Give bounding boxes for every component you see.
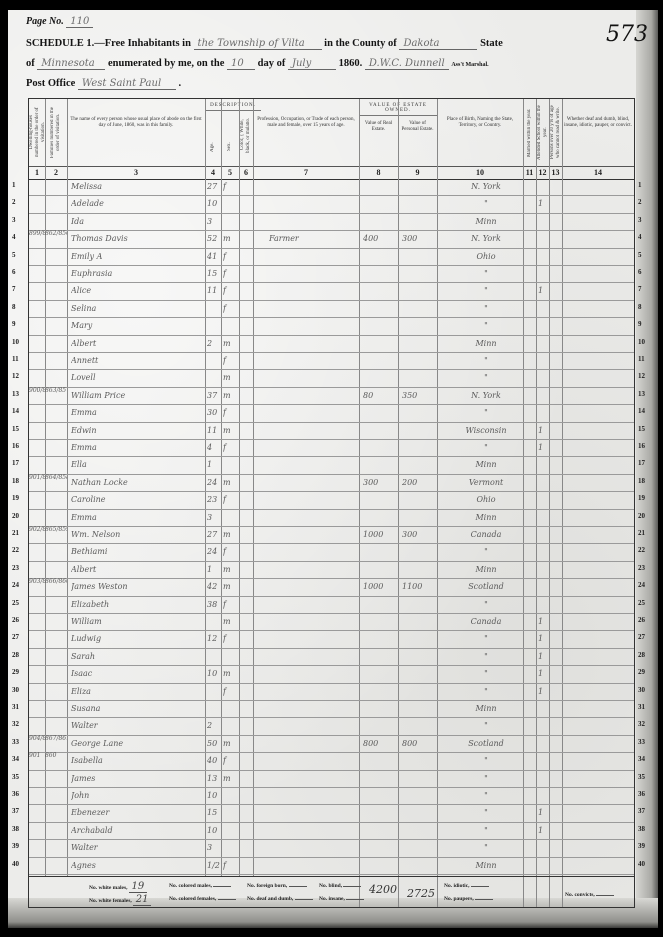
dwelling-number — [29, 770, 45, 787]
person-name: Ella — [71, 456, 205, 473]
family-number — [45, 543, 67, 560]
personal-estate-value — [402, 561, 437, 578]
occupation — [269, 839, 359, 856]
line-number-left: 27 — [12, 633, 19, 641]
table-row: Adelade10"1 — [29, 195, 634, 213]
occupation — [269, 683, 359, 700]
table-row: Elizaf"1 — [29, 683, 634, 701]
family-number — [45, 700, 67, 717]
family-number — [45, 630, 67, 647]
occupation — [269, 613, 359, 630]
line-number-left: 25 — [12, 599, 19, 607]
line-number-right: 4 — [638, 233, 642, 241]
real-estate-value: 400 — [363, 230, 398, 247]
place-of-birth: " — [449, 317, 523, 334]
sex — [223, 717, 239, 734]
table-row: John10" — [29, 787, 634, 805]
family-number — [45, 491, 67, 508]
occupation — [269, 717, 359, 734]
dwelling-number — [29, 335, 45, 352]
family-number — [45, 561, 67, 578]
foreign-born-value — [289, 886, 307, 887]
person-name: Ludwig — [71, 630, 205, 647]
state-value: Minnesota — [37, 58, 105, 70]
occupation — [269, 300, 359, 317]
attended-school — [538, 596, 549, 613]
dwelling-number — [29, 352, 45, 369]
sex: m — [223, 387, 239, 404]
sex — [223, 195, 239, 212]
table-row: 902/897865/859Wm. Nelson27m1000300Canada — [29, 526, 634, 544]
convicts: No. convicts, — [565, 892, 614, 898]
line-number-left: 33 — [12, 738, 19, 746]
person-name: Annett — [71, 352, 205, 369]
family-number — [45, 456, 67, 473]
personal-estate-value: 300 — [402, 230, 437, 247]
place-of-birth: Minn — [449, 456, 523, 473]
line-number-right: 10 — [638, 338, 645, 346]
table-row: James13m" — [29, 770, 634, 788]
line-number-left: 7 — [12, 285, 16, 293]
line-number-left: 37 — [12, 807, 19, 815]
line-number-left: 16 — [12, 442, 19, 450]
table-row: Walter2" — [29, 717, 634, 735]
attended-school — [538, 770, 549, 787]
dwelling-number — [29, 213, 45, 230]
place-of-birth: " — [449, 596, 523, 613]
line-number-right: 12 — [638, 372, 645, 380]
place-value: the Township of Vilta — [194, 38, 322, 50]
personal-estate-value — [402, 491, 437, 508]
place-of-birth: Scotland — [449, 578, 523, 595]
person-name: Euphrasia — [71, 265, 205, 282]
table-row: Ebenezer15"1 — [29, 804, 634, 822]
occupation — [269, 526, 359, 543]
place-of-birth: Ohio — [449, 248, 523, 265]
colored-males: No. colored males, — [169, 883, 231, 889]
sex: m — [223, 665, 239, 682]
age: 2 — [207, 717, 221, 734]
table-row: Emma3Minn — [29, 509, 634, 527]
place-of-birth: " — [449, 195, 523, 212]
attended-school — [538, 178, 549, 195]
real-estate-value — [363, 787, 398, 804]
insane: No. insane, — [319, 896, 364, 902]
page-number-line: Page No. 110 — [26, 16, 93, 28]
convicts-value — [596, 895, 614, 896]
age: 3 — [207, 509, 221, 526]
col-header-11: Married within the year. — [523, 99, 537, 166]
col-9-label: Value of Personal Estate. — [398, 99, 437, 133]
dwelling-number — [29, 648, 45, 665]
place-of-birth: " — [449, 822, 523, 839]
attended-school: 1 — [538, 648, 549, 665]
attended-school — [538, 787, 549, 804]
place-of-birth: " — [449, 839, 523, 856]
personal-estate-value — [402, 857, 437, 874]
personal-estate-value — [402, 822, 437, 839]
occupation — [269, 387, 359, 404]
person-name: Selina — [71, 300, 205, 317]
sex — [223, 213, 239, 230]
occupation — [269, 282, 359, 299]
person-name: Isabella — [71, 752, 205, 769]
dwelling-number — [29, 509, 45, 526]
dwelling-number — [29, 491, 45, 508]
post-office-label: Post Office — [26, 78, 75, 89]
person-name: Caroline — [71, 491, 205, 508]
sex — [223, 822, 239, 839]
age — [207, 613, 221, 630]
col-6-label: Color, { White, black, or mulatto. — [240, 113, 252, 157]
attended-school: 1 — [538, 804, 549, 821]
line-number-left: 1 — [12, 181, 16, 189]
place-of-birth: " — [449, 282, 523, 299]
schedule-line: SCHEDULE 1.—Free Inhabitants in the Town… — [26, 38, 503, 50]
family-number — [45, 265, 67, 282]
real-estate-value — [363, 335, 398, 352]
person-name: William — [71, 613, 205, 630]
line-number-right: 23 — [638, 564, 645, 572]
family-number — [45, 317, 67, 334]
occupation — [269, 857, 359, 874]
occupation — [269, 648, 359, 665]
line-number-right: 28 — [638, 651, 645, 659]
attended-school — [538, 369, 549, 386]
person-name: Wm. Nelson — [71, 526, 205, 543]
occupation — [269, 509, 359, 526]
real-estate-value — [363, 648, 398, 665]
county-label: in the County of — [324, 38, 397, 49]
personal-estate-value — [402, 422, 437, 439]
person-name: Emma — [71, 404, 205, 421]
line-number-right: 39 — [638, 842, 645, 850]
sex — [223, 317, 239, 334]
col-12-label: Attended School within the year. — [537, 105, 549, 160]
place-of-birth: Scotland — [449, 735, 523, 752]
real-estate-value — [363, 195, 398, 212]
line-number-right: 11 — [638, 355, 645, 363]
family-number — [45, 822, 67, 839]
table-row: Ida3Minn — [29, 213, 634, 231]
line-number-left: 38 — [12, 825, 19, 833]
place-of-birth: N. York — [449, 178, 523, 195]
person-name: James Weston — [71, 578, 205, 595]
line-number-right: 26 — [638, 616, 645, 624]
sex — [223, 839, 239, 856]
paupers-label: No. paupers, — [444, 896, 474, 902]
personal-estate-value — [402, 543, 437, 560]
person-name: Albert — [71, 335, 205, 352]
sex — [223, 648, 239, 665]
personal-estate-value — [402, 839, 437, 856]
sex: m — [223, 613, 239, 630]
line-number-right: 21 — [638, 529, 645, 537]
dwelling-number — [29, 195, 45, 212]
personal-estate-value — [402, 613, 437, 630]
deaf-dumb: No. deaf and dumb, — [247, 896, 313, 902]
paupers-value — [475, 899, 493, 900]
sex: m — [223, 770, 239, 787]
sex: m — [223, 230, 239, 247]
white-males: No. white males, 19 — [89, 881, 147, 893]
age: 15 — [207, 265, 221, 282]
col-1-label: Dwelling-houses numbered in the order of… — [29, 105, 46, 160]
person-name: Eliza — [71, 683, 205, 700]
table-row: 904/899867/861George Lane50m800800Scotla… — [29, 735, 634, 753]
col-header-2: Families numbered in the order of visita… — [45, 99, 68, 166]
deaf-dumb-label: No. deaf and dumb, — [247, 896, 293, 902]
line-number-left: 17 — [12, 459, 19, 467]
person-name: Mary — [71, 317, 205, 334]
sex: m — [223, 422, 239, 439]
line-number-left: 8 — [12, 303, 16, 311]
age: 27 — [207, 526, 221, 543]
table-row: Selinaf" — [29, 300, 634, 318]
attended-school: 1 — [538, 195, 549, 212]
line-number-left: 13 — [12, 390, 19, 398]
blind: No. blind, — [319, 883, 361, 889]
age: 1 — [207, 456, 221, 473]
family-number: 866/860 — [45, 578, 67, 595]
age: 13 — [207, 770, 221, 787]
line-number-right: 38 — [638, 825, 645, 833]
sex: m — [223, 578, 239, 595]
sex: f — [223, 352, 239, 369]
attended-school — [538, 752, 549, 769]
real-estate-value: 300 — [363, 474, 398, 491]
attended-school — [538, 735, 549, 752]
personal-estate-value — [402, 770, 437, 787]
family-number: 860 — [45, 752, 67, 769]
sex: f — [223, 630, 239, 647]
personal-estate-value: 1100 — [402, 578, 437, 595]
personal-estate-value — [402, 665, 437, 682]
family-number — [45, 665, 67, 682]
attended-school: 1 — [538, 422, 549, 439]
age: 3 — [207, 213, 221, 230]
line-number-left: 9 — [12, 320, 16, 328]
place-of-birth: Wisconsin — [449, 422, 523, 439]
age — [207, 700, 221, 717]
place-of-birth: " — [449, 630, 523, 647]
idiotic: No. idiotic, — [444, 883, 489, 889]
person-name: Edwin — [71, 422, 205, 439]
white-females-value: 21 — [133, 894, 151, 906]
real-estate-value — [363, 804, 398, 821]
line-number-right: 5 — [638, 251, 642, 259]
family-number — [45, 787, 67, 804]
col-header-1: Dwelling-houses numbered in the order of… — [29, 99, 46, 166]
real-estate-value: 80 — [363, 387, 398, 404]
colored-males-value — [213, 886, 231, 887]
family-number: 863/857 — [45, 387, 67, 404]
real-estate-value — [363, 439, 398, 456]
line-number-right: 6 — [638, 268, 642, 276]
occupation — [269, 474, 359, 491]
occupation — [269, 369, 359, 386]
table-row: 899/894862/856Thomas Davis52mFarmer40030… — [29, 230, 634, 248]
place-of-birth: Minn — [449, 857, 523, 874]
line-number-right: 37 — [638, 807, 645, 815]
dwelling-number — [29, 300, 45, 317]
table-row: 900/895863/857William Price37m80350N. Yo… — [29, 387, 634, 405]
table-row: 903/898866/860James Weston42m10001100Sco… — [29, 578, 634, 596]
family-number — [45, 352, 67, 369]
occupation — [269, 456, 359, 473]
table-row: Albert1mMinn — [29, 561, 634, 579]
real-estate-value — [363, 369, 398, 386]
sex — [223, 509, 239, 526]
person-name: Susana — [71, 700, 205, 717]
family-number: 862/856 — [45, 230, 67, 247]
age — [207, 683, 221, 700]
personal-estate-value — [402, 648, 437, 665]
real-estate-value — [363, 596, 398, 613]
table-row: Euphrasia15f" — [29, 265, 634, 283]
place-of-birth: Ohio — [449, 491, 523, 508]
sex: f — [223, 596, 239, 613]
page-number: 110 — [66, 16, 93, 28]
real-estate-value — [363, 265, 398, 282]
real-estate-value — [363, 509, 398, 526]
line-number-left: 39 — [12, 842, 19, 850]
post-office-line: Post Office West Saint Paul . — [26, 78, 181, 90]
age: 42 — [207, 578, 221, 595]
place-of-birth: " — [449, 439, 523, 456]
place-of-birth: Canada — [449, 526, 523, 543]
schedule-title: SCHEDULE 1.—Free Inhabitants in — [26, 38, 191, 49]
table-row: Alice11f"1 — [29, 282, 634, 300]
place-of-birth: " — [449, 265, 523, 282]
foreign-born: No. foreign born, — [247, 883, 307, 889]
line-number-left: 12 — [12, 372, 19, 380]
occupation — [269, 439, 359, 456]
sex: f — [223, 248, 239, 265]
person-name: Ida — [71, 213, 205, 230]
place-of-birth: Minn — [449, 509, 523, 526]
place-of-birth: " — [449, 717, 523, 734]
table-row: SusanaMinn — [29, 700, 634, 718]
table-row: Agnes1/2fMinn — [29, 857, 634, 875]
dwelling-number: 901/896 — [29, 474, 45, 491]
occupation — [269, 317, 359, 334]
attended-school: 1 — [538, 630, 549, 647]
occupation — [269, 543, 359, 560]
place-of-birth: " — [449, 300, 523, 317]
stamp-number: 573 — [606, 22, 648, 47]
col-10-label: Place of Birth, Naming the State, Territ… — [437, 99, 523, 129]
line-number-right: 22 — [638, 546, 645, 554]
family-number — [45, 683, 67, 700]
line-number-right: 27 — [638, 633, 645, 641]
occupation — [269, 265, 359, 282]
personal-estate-value — [402, 596, 437, 613]
occupation — [269, 335, 359, 352]
attended-school — [538, 474, 549, 491]
table-row: Albert2mMinn — [29, 335, 634, 353]
person-name: James — [71, 770, 205, 787]
personal-estate-value — [402, 804, 437, 821]
dwelling-number — [29, 839, 45, 856]
line-number-right: 31 — [638, 703, 645, 711]
family-number — [45, 300, 67, 317]
line-number-left: 31 — [12, 703, 19, 711]
person-name: Albert — [71, 561, 205, 578]
age: 10 — [207, 665, 221, 682]
line-number-left: 3 — [12, 216, 16, 224]
attended-school — [538, 317, 549, 334]
family-number — [45, 717, 67, 734]
sex: m — [223, 369, 239, 386]
occupation — [269, 491, 359, 508]
family-number: 867/861 — [45, 735, 67, 752]
place-of-birth: Minn — [449, 561, 523, 578]
attended-school: 1 — [538, 665, 549, 682]
family-number — [45, 804, 67, 821]
personal-estate-value — [402, 195, 437, 212]
line-number-left: 10 — [12, 338, 19, 346]
real-estate-value — [363, 752, 398, 769]
sex: f — [223, 265, 239, 282]
place-of-birth: " — [449, 665, 523, 682]
family-number — [45, 369, 67, 386]
attended-school — [538, 213, 549, 230]
table-row: Emma30f" — [29, 404, 634, 422]
table-row: Mary" — [29, 317, 634, 335]
personal-estate-value — [402, 752, 437, 769]
line-number-right: 32 — [638, 720, 645, 728]
person-name: William Price — [71, 387, 205, 404]
sex: m — [223, 526, 239, 543]
family-number: 865/859 — [45, 526, 67, 543]
real-estate-value — [363, 317, 398, 334]
table-row: Emma4f"1 — [29, 439, 634, 457]
table-row: Sarah"1 — [29, 648, 634, 666]
person-name: Sarah — [71, 648, 205, 665]
family-number — [45, 613, 67, 630]
real-estate-value — [363, 178, 398, 195]
family-number — [45, 178, 67, 195]
family-number — [45, 439, 67, 456]
dwelling-number — [29, 317, 45, 334]
col-header-10: Place of Birth, Naming the State, Territ… — [437, 99, 524, 166]
sex: m — [223, 561, 239, 578]
table-row: Elizabeth38f" — [29, 596, 634, 614]
line-number-left: 40 — [12, 860, 19, 868]
real-estate-value — [363, 700, 398, 717]
table-row: Ella1Minn — [29, 456, 634, 474]
age: 11 — [207, 422, 221, 439]
line-number-right: 9 — [638, 320, 642, 328]
age: 3 — [207, 839, 221, 856]
family-number — [45, 596, 67, 613]
attended-school — [538, 700, 549, 717]
table-row: Annettf" — [29, 352, 634, 370]
dwelling-number — [29, 630, 45, 647]
day-of-label: day of — [258, 58, 286, 69]
dwelling-number — [29, 404, 45, 421]
line-number-left: 4 — [12, 233, 16, 241]
line-number-right: 1 — [638, 181, 642, 189]
personal-estate-value — [402, 456, 437, 473]
attended-school — [538, 456, 549, 473]
place-of-birth: " — [449, 648, 523, 665]
place-of-birth: " — [449, 770, 523, 787]
personal-estate-total: 2725 — [407, 887, 435, 900]
table-row: Caroline23fOhio — [29, 491, 634, 509]
occupation — [269, 752, 359, 769]
